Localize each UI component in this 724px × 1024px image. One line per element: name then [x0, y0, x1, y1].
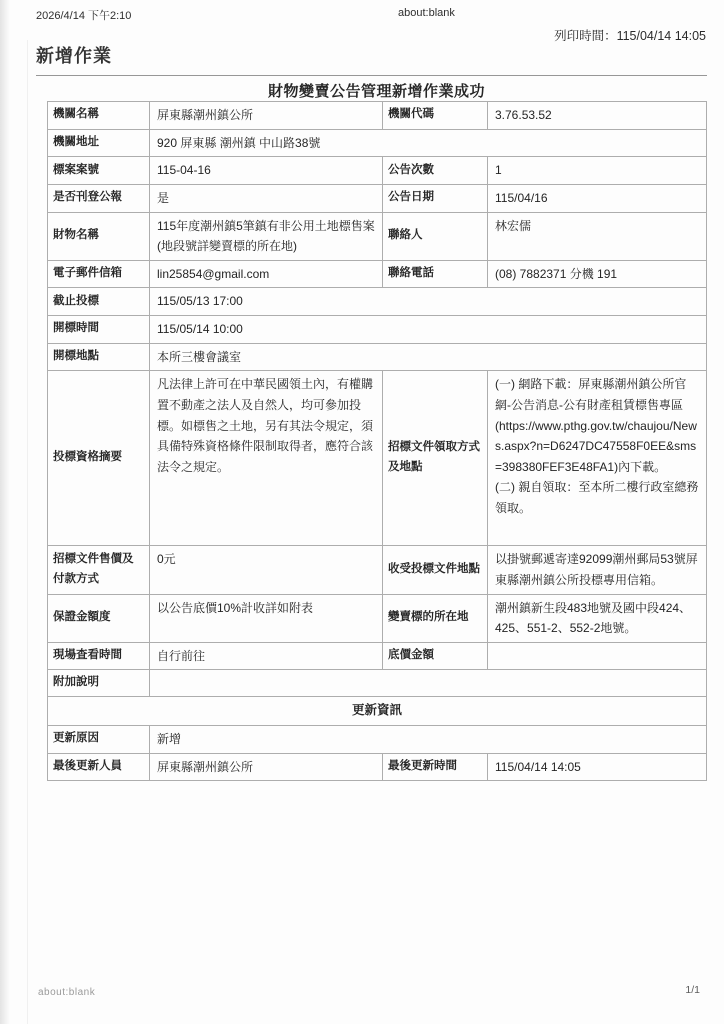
table-cell-label: 保證金額度 — [48, 594, 150, 642]
table-cell-value: 屏東縣潮州鎮公所 — [150, 102, 383, 130]
table-cell-value: 林宏儒 — [488, 212, 707, 260]
table-row: 是否刊登公報是公告日期115/04/16 — [48, 184, 707, 212]
scan-edge-shadow — [0, 0, 10, 1024]
footer-page-number: 1/1 — [685, 984, 700, 996]
table-row: 保證金額度以公告底價10%計收詳如附表變賣標的所在地潮州鎮新生段483地號及國中… — [48, 594, 707, 642]
table-cell-label: 是否刊登公報 — [48, 184, 150, 212]
table-cell-value: (08) 7882371 分機 191 — [488, 260, 707, 288]
table-cell-value: 本所三樓會議室 — [150, 343, 707, 371]
table-cell-value: 115/04/14 14:05 — [488, 753, 707, 781]
table-cell-value: 以公告底價10%計收詳如附表 — [150, 594, 383, 642]
table-cell-label: 截止投標 — [48, 288, 150, 316]
table-cell-value: 凡法律上許可在中華民國領土內，有權購置不動產之法人及自然人，均可參加投標。如標售… — [150, 371, 383, 546]
announcement-table-body: 機關名稱屏東縣潮州鎮公所機關代碼3.76.53.52機關地址920 屏東縣 潮州… — [48, 102, 707, 781]
footer-page-source: about:blank — [38, 987, 95, 998]
table-cell-value — [488, 642, 707, 670]
scan-artifact-line — [27, 40, 28, 1024]
table-cell-value: 0元 — [150, 546, 383, 594]
table-row: 更新原因新增 — [48, 725, 707, 753]
table-section-header: 更新資訊 — [48, 697, 707, 726]
table-cell-label: 最後更新時間 — [383, 753, 488, 781]
table-cell-label: 招標文件領取方式及地點 — [383, 371, 488, 546]
table-row: 標案案號115-04-16公告次數1 — [48, 157, 707, 185]
table-cell-value: 115/04/16 — [488, 184, 707, 212]
table-cell-label: 招標文件售價及付款方式 — [48, 546, 150, 594]
table-cell-value: 920 屏東縣 潮州鎮 中山路38號 — [150, 129, 707, 157]
announcement-table: 機關名稱屏東縣潮州鎮公所機關代碼3.76.53.52機關地址920 屏東縣 潮州… — [47, 101, 707, 781]
table-cell-value: 115-04-16 — [150, 157, 383, 185]
table-row: 更新資訊 — [48, 697, 707, 726]
browser-print-source: about:blank — [398, 7, 455, 19]
table-cell-label: 財物名稱 — [48, 212, 150, 260]
table-row: 財物名稱115年度潮州鎮5筆鎮有非公用土地標售案 (地段號詳變賣標的所在地)聯絡… — [48, 212, 707, 260]
table-cell-value: 115/05/13 17:00 — [150, 288, 707, 316]
browser-print-datetime: 2026/4/14 下午2:10 — [36, 7, 131, 23]
table-cell-value — [150, 670, 707, 697]
table-cell-label: 機關地址 — [48, 129, 150, 157]
table-cell-label: 公告次數 — [383, 157, 488, 185]
table-cell-value: 新增 — [150, 725, 707, 753]
table-cell-label: 公告日期 — [383, 184, 488, 212]
table-row: 開標地點本所三樓會議室 — [48, 343, 707, 371]
table-row: 截止投標115/05/13 17:00 — [48, 288, 707, 316]
table-cell-label: 電子郵件信箱 — [48, 260, 150, 288]
table-row: 機關名稱屏東縣潮州鎮公所機關代碼3.76.53.52 — [48, 102, 707, 130]
table-row: 開標時間115/05/14 10:00 — [48, 316, 707, 344]
table-cell-value: 1 — [488, 157, 707, 185]
table-cell-value: 屏東縣潮州鎮公所 — [150, 753, 383, 781]
table-cell-value: 是 — [150, 184, 383, 212]
table-row: 機關地址920 屏東縣 潮州鎮 中山路38號 — [48, 129, 707, 157]
page-title: 新增作業 — [36, 42, 707, 76]
table-cell-value: 3.76.53.52 — [488, 102, 707, 130]
table-row: 招標文件售價及付款方式0元收受投標文件地點以掛號郵遞寄達92099潮州郵局53號… — [48, 546, 707, 594]
table-cell-label: 聯絡電話 — [383, 260, 488, 288]
table-cell-value: 以掛號郵遞寄達92099潮州郵局53號屏東縣潮州鎮公所投標專用信箱。 — [488, 546, 707, 594]
table-cell-value: (一) 網路下載：屏東縣潮州鎮公所官網-公告消息-公有財產租賃標售專區 (htt… — [488, 371, 707, 546]
table-cell-label: 底價金額 — [383, 642, 488, 670]
table-cell-label: 附加說明 — [48, 670, 150, 697]
table-row: 附加說明 — [48, 670, 707, 697]
table-cell-label: 聯絡人 — [383, 212, 488, 260]
form-success-title: 財物變賣公告管理新增作業成功 — [47, 80, 706, 101]
table-cell-value: 自行前往 — [150, 642, 383, 670]
table-cell-label: 開標時間 — [48, 316, 150, 344]
table-row: 投標資格摘要凡法律上許可在中華民國領土內，有權購置不動產之法人及自然人，均可參加… — [48, 371, 707, 546]
table-cell-label: 最後更新人員 — [48, 753, 150, 781]
printed-page: 2026/4/14 下午2:10 about:blank 列印時間：115/04… — [0, 0, 724, 1024]
table-cell-label: 機關名稱 — [48, 102, 150, 130]
table-cell-value: 潮州鎮新生段483地號及國中段424、425、551-2、552-2地號。 — [488, 594, 707, 642]
table-row: 電子郵件信箱lin25854@gmail.com聯絡電話(08) 7882371… — [48, 260, 707, 288]
table-cell-value: 115年度潮州鎮5筆鎮有非公用土地標售案 (地段號詳變賣標的所在地) — [150, 212, 383, 260]
table-cell-value: 115/05/14 10:00 — [150, 316, 707, 344]
table-row: 最後更新人員屏東縣潮州鎮公所最後更新時間115/04/14 14:05 — [48, 753, 707, 781]
table-cell-label: 收受投標文件地點 — [383, 546, 488, 594]
table-cell-label: 機關代碼 — [383, 102, 488, 130]
table-cell-label: 變賣標的所在地 — [383, 594, 488, 642]
table-cell-label: 更新原因 — [48, 725, 150, 753]
table-row: 現場查看時間自行前往底價金額 — [48, 642, 707, 670]
table-cell-label: 標案案號 — [48, 157, 150, 185]
table-cell-value: lin25854@gmail.com — [150, 260, 383, 288]
table-cell-label: 投標資格摘要 — [48, 371, 150, 546]
table-cell-label: 開標地點 — [48, 343, 150, 371]
table-cell-label: 現場查看時間 — [48, 642, 150, 670]
